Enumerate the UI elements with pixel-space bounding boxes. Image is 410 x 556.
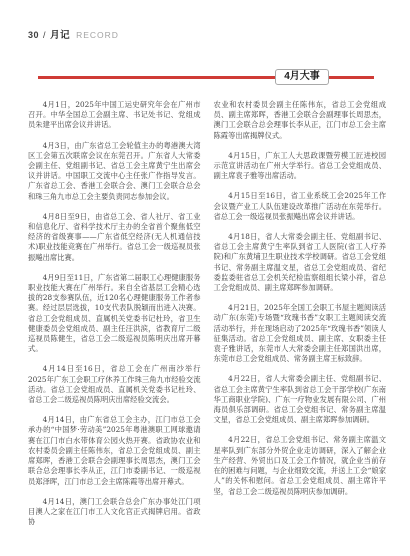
paragraph: 4月15日至16日，省工业系统工会2025年工作会议暨产业工人队伍建设改革推广活… — [214, 191, 387, 222]
paragraph: 4月21日，2025年全国工会职工书屋主题阅读活动广东(东莞)专场暨“玫瑰书香”… — [214, 303, 387, 364]
paragraph: 4月14日，由广东省总工会主办，江门市总工会承办的“中国梦·劳动美”2025年粤… — [28, 415, 201, 486]
section-title: 月记 — [50, 30, 70, 41]
section-badge-label: 4月大事 — [284, 71, 320, 82]
right-column: 农业和农村委员会副主任陈伟东，省总工会党组成员、副主席郑晖，香港工会联合会副理事… — [214, 100, 387, 537]
header-divider: / — [43, 30, 46, 40]
magazine-page: 30 / 月记 RECORD 4月大事 4月1日，2025年中国工运史研究年会在… — [0, 0, 410, 556]
paragraph: 4月15日，广东工人大思政课暨劳模工匠进校园示范宣讲活动在广州大学举行。省总工会… — [214, 151, 387, 182]
paragraph: 4月22日，省人大常委会副主任、党组副书记、省总工会主席黄宁生率队到省总工会干部… — [214, 374, 387, 425]
paragraph-continued: 农业和农村委员会副主任陈伟东，省总工会党组成员、副主席郑晖，香港工会联合会副理事… — [214, 100, 387, 141]
article-body: 4月1日，2025年中国工运史研究年会在广州市召开。中华全国总工会副主席、书记处… — [28, 100, 386, 537]
left-column: 4月1日，2025年中国工运史研究年会在广州市召开。中华全国总工会副主席、书记处… — [28, 100, 201, 537]
paragraph: 4月14日至16日，省总工会在广州南沙举行2025年广东工会职工疗休养工作珠三角… — [28, 364, 201, 405]
paragraph: 4月8日至9日，由省总工会、省人社厅、省工业和信息化厅、省科学技术厅主办的全省首… — [28, 212, 201, 263]
page-header: 30 / 月记 RECORD — [28, 27, 119, 41]
paragraph: 4月1日，2025年中国工运史研究年会在广州市召开。中华全国总工会副主席、书记处… — [28, 100, 201, 131]
paragraph: 4月18日，省人大常委会副主任、党组副书记、省总工会主席黄宁生率队到省工人医院(… — [214, 232, 387, 293]
paragraph: 4月3日，由广东省总工会轮值主办的粤港澳大湾区工会第五次联席会议在东莞召开。广东… — [28, 141, 201, 202]
paragraph: 4月9日至11日，广东省第二届职工心理健康服务职业技能大赛在广州举行。来自全省基… — [28, 273, 201, 355]
section-badge: 4月大事 — [275, 69, 329, 85]
section-subtitle: RECORD — [76, 30, 119, 40]
paragraph: 4月14日，澳门工会联合总会广东办事处江门项目澳人之家在江门市工人文化宫正式揭牌… — [28, 497, 201, 528]
page-number: 30 — [28, 30, 39, 40]
paragraph: 4月22日，省总工会党组书记、常务副主席温文星率队到广东部分外贸企业走访调研，深… — [214, 435, 387, 496]
